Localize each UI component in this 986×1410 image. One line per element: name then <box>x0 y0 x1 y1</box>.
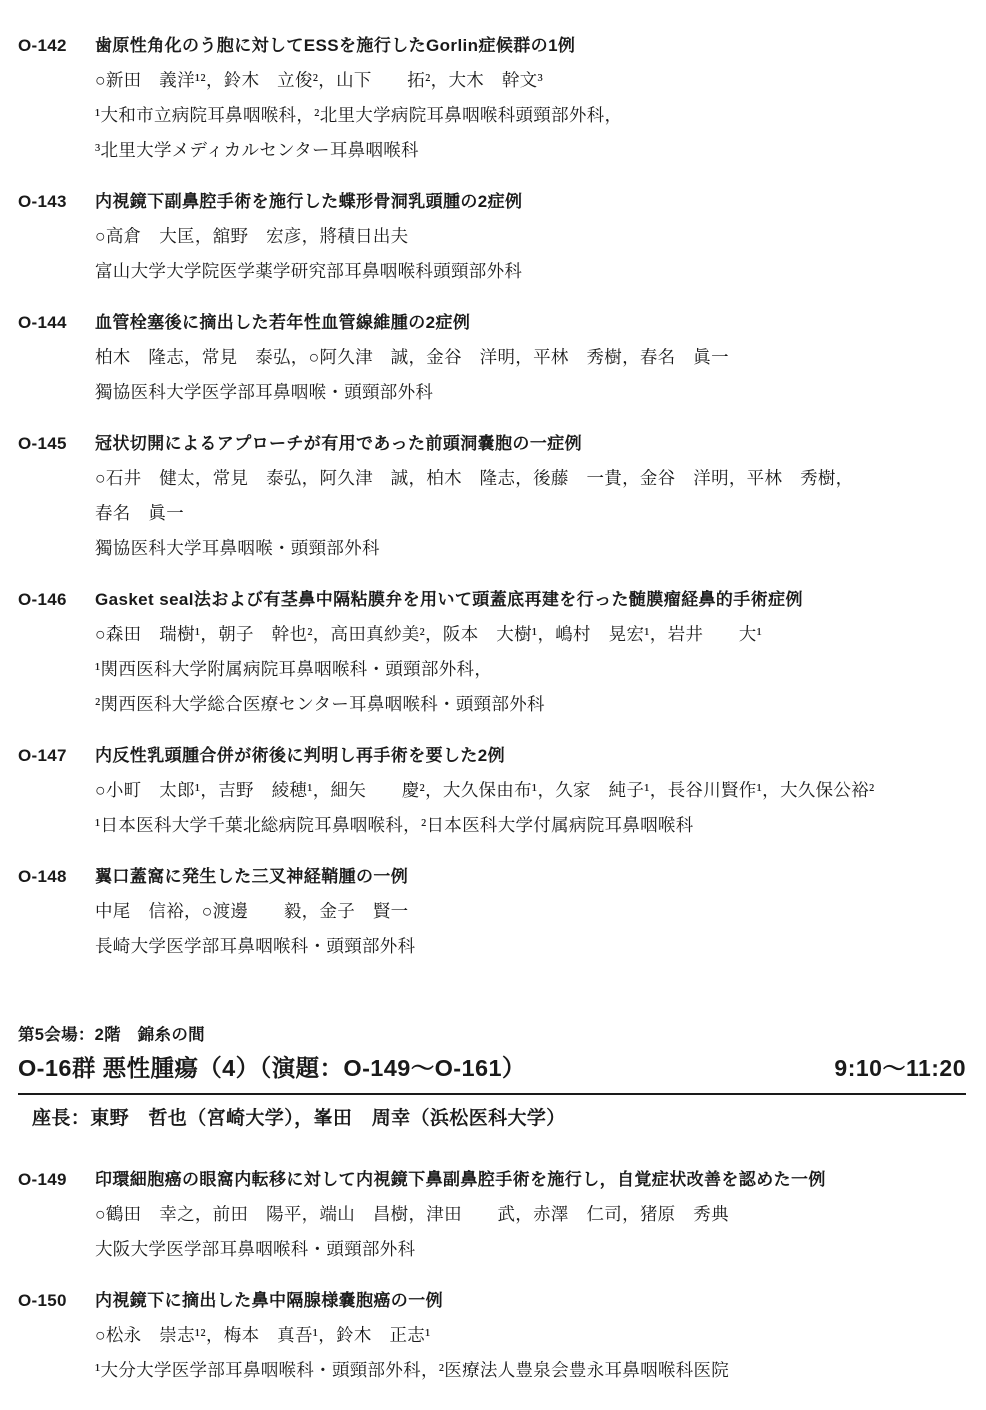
entry-O-149: O-149 印環細胞癌の眼窩内転移に対して内視鏡下鼻副鼻腔手術を施行し，自覚症状… <box>18 1162 966 1267</box>
entry-body: 内視鏡下副鼻腔手術を施行した蝶形骨洞乳頭腫の2症例 ○高倉 大匡，舘野 宏彦，將… <box>95 184 966 289</box>
author-line: ○石井 健太，常見 泰弘，阿久津 誠，柏木 隆志，後藤 一貴，金谷 洋明，平林 … <box>95 461 966 496</box>
entry-title: Gasket seal法および有茎鼻中隔粘膜弁を用いて頭蓋底再建を行った髄膜瘤経… <box>95 582 966 617</box>
entry-body: 内視鏡下に摘出した鼻中隔腺様嚢胞癌の一例 ○松永 崇志¹²，梅本 真吾¹，鈴木 … <box>95 1283 966 1388</box>
entry-number: O-146 <box>18 582 95 617</box>
entry-O-146: O-146 Gasket seal法および有茎鼻中隔粘膜弁を用いて頭蓋底再建を行… <box>18 582 966 722</box>
entry-O-142: O-142 歯原性角化のう胞に対してESSを施行したGorlin症候群の1例 ○… <box>18 28 966 168</box>
author-line: ○小町 太郎¹，吉野 綾穂¹，細矢 慶²，大久保由布¹，久家 純子¹，長谷川賢作… <box>95 773 966 808</box>
entry-O-150: O-150 内視鏡下に摘出した鼻中隔腺様嚢胞癌の一例 ○松永 崇志¹²，梅本 真… <box>18 1283 966 1388</box>
entry-O-143: O-143 内視鏡下副鼻腔手術を施行した蝶形骨洞乳頭腫の2症例 ○高倉 大匡，舘… <box>18 184 966 289</box>
entry-body: 翼口蓋窩に発生した三叉神経鞘腫の一例 中尾 信裕，○渡邊 毅，金子 賢一 長崎大… <box>95 859 966 964</box>
entry-number: O-150 <box>18 1283 95 1318</box>
session-venue: 第5会場：2階 錦糸の間 <box>18 1022 966 1048</box>
entry-O-145: O-145 冠状切開によるアプローチが有用であった前頭洞嚢胞の一症例 ○石井 健… <box>18 426 966 566</box>
entry-body: 印環細胞癌の眼窩内転移に対して内視鏡下鼻副鼻腔手術を施行し，自覚症状改善を認めた… <box>95 1162 966 1267</box>
author-line: ○新田 義洋¹²，鈴木 立俊²，山下 拓²，大木 幹文³ <box>95 63 966 98</box>
affiliation-line: 獨協医科大学医学部耳鼻咽喉・頭頸部外科 <box>95 375 966 410</box>
program-page: O-142 歯原性角化のう胞に対してESSを施行したGorlin症候群の1例 ○… <box>0 0 986 1410</box>
entry-number: O-148 <box>18 859 95 894</box>
entry-number: O-143 <box>18 184 95 219</box>
affiliation-line: ¹大和市立病院耳鼻咽喉科，²北里大学病院耳鼻咽喉科頭頸部外科， <box>95 98 966 133</box>
author-line: ○高倉 大匡，舘野 宏彦，將積日出夫 <box>95 219 966 254</box>
entry-title: 血管栓塞後に摘出した若年性血管線維腫の2症例 <box>95 305 966 340</box>
entry-number: O-149 <box>18 1162 95 1197</box>
affiliation-line: 獨協医科大学耳鼻咽喉・頭頸部外科 <box>95 531 966 566</box>
author-line: ○森田 瑞樹¹，朝子 幹也²，高田真紗美²，阪本 大樹¹，嶋村 晃宏¹，岩井 大… <box>95 617 966 652</box>
affiliation-line: ¹日本医科大学千葉北総病院耳鼻咽喉科，²日本医科大学付属病院耳鼻咽喉科 <box>95 808 966 843</box>
affiliation-line: ³北里大学メディカルセンター耳鼻咽喉科 <box>95 133 966 168</box>
entry-title: 内反性乳頭腫合併が術後に判明し再手術を要した2例 <box>95 738 966 773</box>
affiliation-line: 長崎大学医学部耳鼻咽喉科・頭頸部外科 <box>95 929 966 964</box>
entry-O-147: O-147 内反性乳頭腫合併が術後に判明し再手術を要した2例 ○小町 太郎¹，吉… <box>18 738 966 843</box>
entry-number: O-144 <box>18 305 95 340</box>
entry-title: 翼口蓋窩に発生した三叉神経鞘腫の一例 <box>95 859 966 894</box>
entry-number: O-145 <box>18 426 95 461</box>
affiliation-line: ¹関西医科大学附属病院耳鼻咽喉科・頭頸部外科， <box>95 652 966 687</box>
entry-title: 内視鏡下に摘出した鼻中隔腺様嚢胞癌の一例 <box>95 1283 966 1318</box>
affiliation-line: ¹大分大学医学部耳鼻咽喉科・頭頸部外科，²医療法人豊泉会豊永耳鼻咽喉科医院 <box>95 1353 966 1388</box>
entry-body: 内反性乳頭腫合併が術後に判明し再手術を要した2例 ○小町 太郎¹，吉野 綾穂¹，… <box>95 738 966 843</box>
entry-number: O-142 <box>18 28 95 63</box>
session-header: 第5会場：2階 錦糸の間 O-16群 悪性腫瘍（4）（演題：O-149〜O-16… <box>18 1022 966 1134</box>
entry-body: 冠状切開によるアプローチが有用であった前頭洞嚢胞の一症例 ○石井 健太，常見 泰… <box>95 426 966 566</box>
entry-O-144: O-144 血管栓塞後に摘出した若年性血管線維腫の2症例 柏木 隆志，常見 泰弘… <box>18 305 966 410</box>
author-line: ○松永 崇志¹²，梅本 真吾¹，鈴木 正志¹ <box>95 1318 966 1353</box>
entry-title: 内視鏡下副鼻腔手術を施行した蝶形骨洞乳頭腫の2症例 <box>95 184 966 219</box>
entry-title: 歯原性角化のう胞に対してESSを施行したGorlin症候群の1例 <box>95 28 966 63</box>
author-line: 春名 眞一 <box>95 496 966 531</box>
entry-O-148: O-148 翼口蓋窩に発生した三叉神経鞘腫の一例 中尾 信裕，○渡邊 毅，金子 … <box>18 859 966 964</box>
affiliation-line: 富山大学大学院医学薬学研究部耳鼻咽喉科頭頸部外科 <box>95 254 966 289</box>
session-chairs: 座長：東野 哲也（宮崎大学），峯田 周幸（浜松医科大学） <box>18 1095 966 1134</box>
author-line: ○鶴田 幸之，前田 陽平，端山 昌樹，津田 武，赤澤 仁司，猪原 秀典 <box>95 1197 966 1232</box>
entry-number: O-147 <box>18 738 95 773</box>
entry-title: 印環細胞癌の眼窩内転移に対して内視鏡下鼻副鼻腔手術を施行し，自覚症状改善を認めた… <box>95 1162 966 1197</box>
session-title: O-16群 悪性腫瘍（4）（演題：O-149〜O-161） <box>18 1052 526 1084</box>
author-line: 柏木 隆志，常見 泰弘，○阿久津 誠，金谷 洋明，平林 秀樹，春名 眞一 <box>95 340 966 375</box>
entry-title: 冠状切開によるアプローチが有用であった前頭洞嚢胞の一症例 <box>95 426 966 461</box>
entry-body: Gasket seal法および有茎鼻中隔粘膜弁を用いて頭蓋底再建を行った髄膜瘤経… <box>95 582 966 722</box>
session-time: 9:10〜11:20 <box>834 1052 966 1084</box>
affiliation-line: ²関西医科大学総合医療センター耳鼻咽喉科・頭頸部外科 <box>95 687 966 722</box>
entry-body: 歯原性角化のう胞に対してESSを施行したGorlin症候群の1例 ○新田 義洋¹… <box>95 28 966 168</box>
entry-body: 血管栓塞後に摘出した若年性血管線維腫の2症例 柏木 隆志，常見 泰弘，○阿久津 … <box>95 305 966 410</box>
author-line: 中尾 信裕，○渡邊 毅，金子 賢一 <box>95 894 966 929</box>
affiliation-line: 大阪大学医学部耳鼻咽喉科・頭頸部外科 <box>95 1232 966 1267</box>
session-title-row: O-16群 悪性腫瘍（4）（演題：O-149〜O-161） 9:10〜11:20 <box>18 1052 966 1095</box>
